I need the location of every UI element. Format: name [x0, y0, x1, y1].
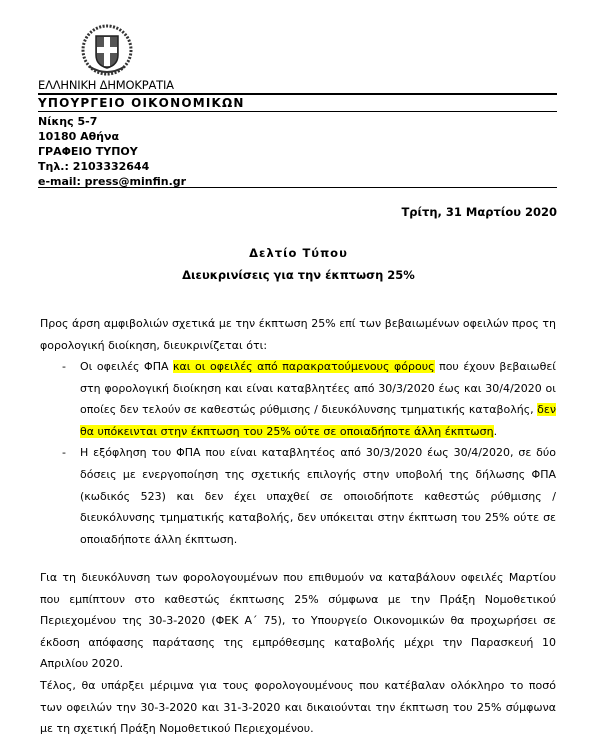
list-item: - Η εξόφληση του ΦΠΑ που είναι καταβλητέ…	[40, 442, 556, 550]
address-city: 10180 Αθήνα	[38, 129, 186, 144]
bullet-text: .	[494, 425, 498, 438]
phone: Τηλ.: 2103332644	[38, 159, 186, 174]
list-item: - Οι οφειλές ΦΠΑ και οι οφειλές από παρα…	[40, 356, 556, 442]
bullet-text: Οι οφειλές ΦΠΑ	[80, 360, 173, 373]
date: Τρίτη, 31 Μαρτίου 2020	[401, 205, 557, 219]
bullet-dash: -	[62, 356, 66, 378]
address-street: Νίκης 5-7	[38, 114, 186, 129]
bullet-dash: -	[62, 442, 66, 464]
page-subtitle: Διευκρινίσεις για την έκπτωση 25%	[0, 268, 597, 282]
header-rule-middle	[38, 111, 557, 112]
paragraph-closing: Τέλος, θα υπάρξει μέριμνα για τους φορολ…	[40, 675, 556, 740]
header-rule-bottom	[38, 187, 557, 188]
greek-coat-of-arms-icon	[80, 23, 134, 77]
republic-name: ΕΛΛΗΝΙΚΗ ΔΗΜΟΚΡΑΤΙΑ	[38, 78, 557, 92]
bullet-list: - Οι οφειλές ΦΠΑ και οι οφειλές από παρα…	[40, 356, 556, 550]
bullet-text: Η εξόφληση του ΦΠΑ που είναι καταβλητέος…	[80, 446, 556, 545]
paragraph-extension: Για τη διευκόλυνση των φορολογουμένων πο…	[40, 567, 556, 675]
highlighted-text: και οι οφειλές από παρακρατούμενους φόρο…	[173, 360, 435, 373]
intro-paragraph: Προς άρση αμφιβολιών σχετικά με την έκπτ…	[40, 313, 556, 356]
address-block: Νίκης 5-7 10180 Αθήνα ΓΡΑΦΕΙΟ ΤΥΠΟΥ Τηλ.…	[38, 114, 186, 189]
ministry-name: ΥΠΟΥΡΓΕΙΟ ΟΙΚΟΝΟΜΙΚΩΝ	[38, 96, 557, 110]
header-rule-top	[38, 93, 557, 95]
page-title: Δελτίο Τύπου	[0, 246, 597, 260]
press-office: ΓΡΑΦΕΙΟ ΤΥΠΟΥ	[38, 144, 186, 159]
